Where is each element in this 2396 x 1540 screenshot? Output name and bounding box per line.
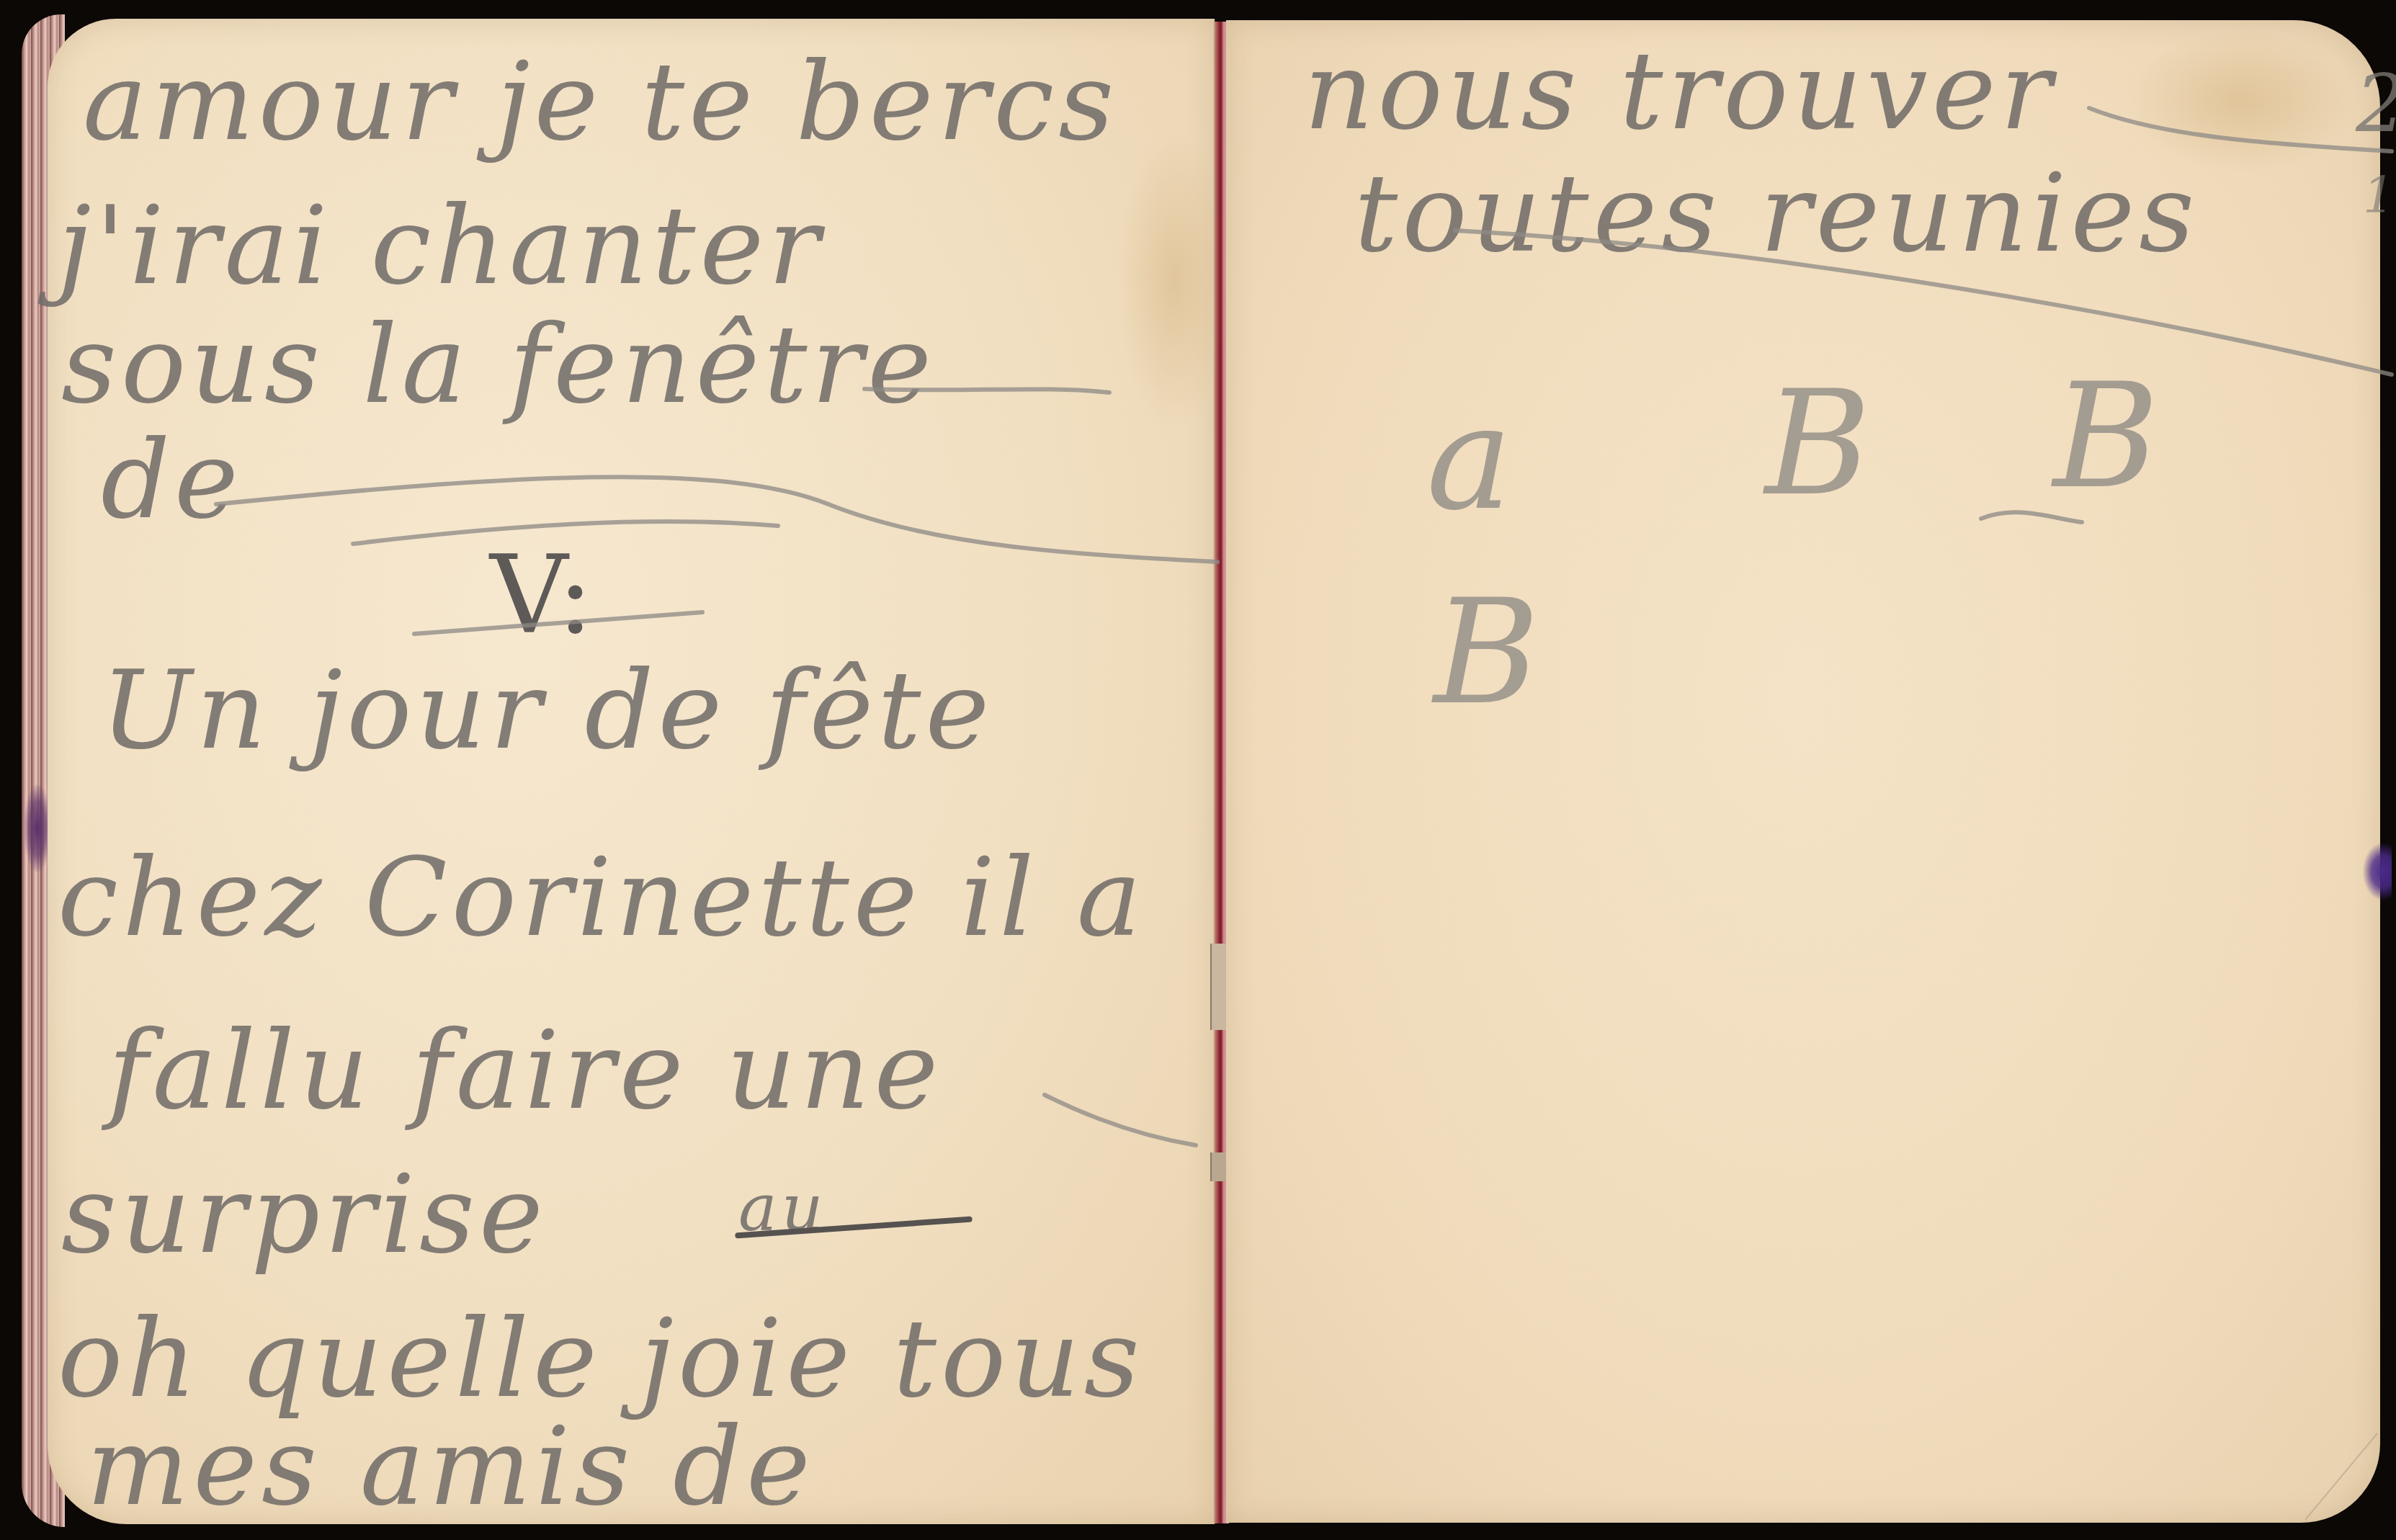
pencil-flourishes xyxy=(0,0,2396,1540)
notebook-spread: amour je te bercs j'irai chanter sous la… xyxy=(0,0,2396,1540)
